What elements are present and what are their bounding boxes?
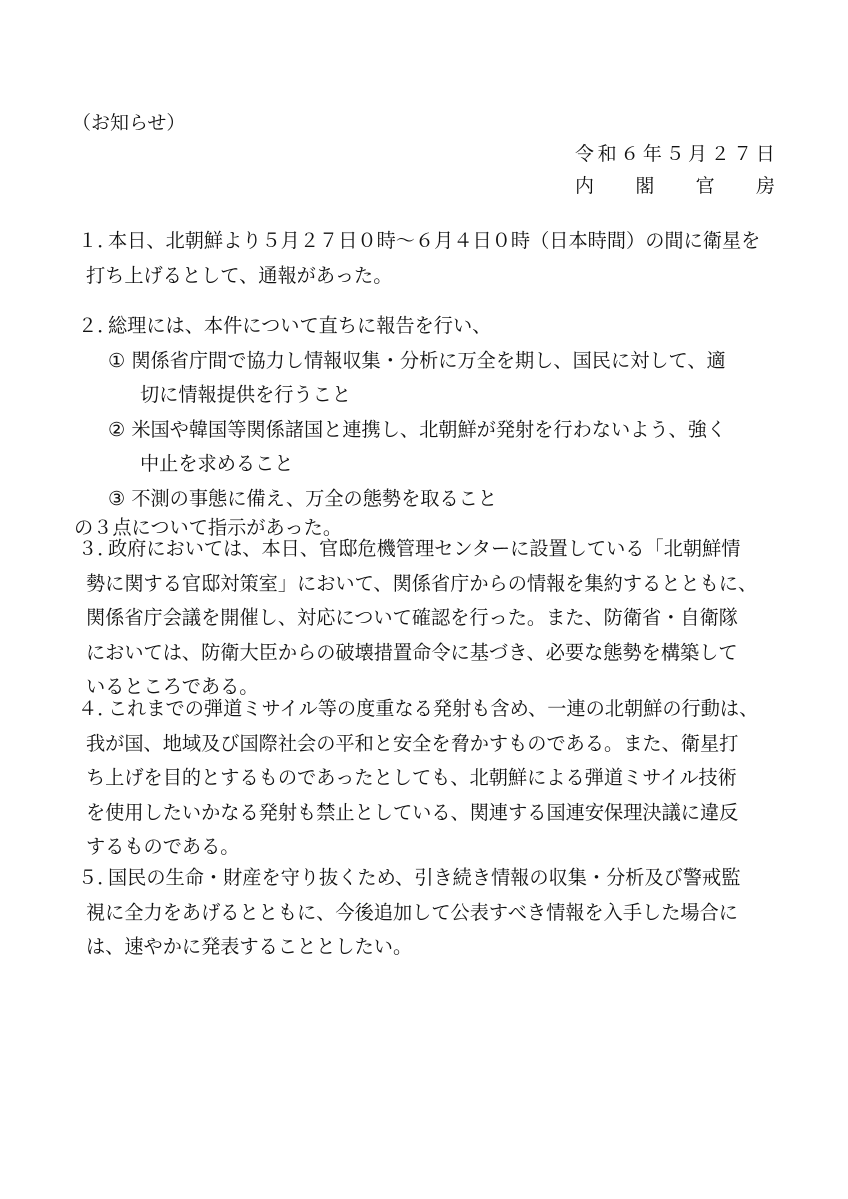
sub-item-3: ③ 不測の事態に備え、万全の態勢を取ること [78,482,798,517]
item-number: １． [78,224,108,259]
item-text: 本日、北朝鮮より５月２７日０時～６月４日０時（日本時間）の間に衛星を [108,229,760,252]
item-text: 打ち上げるとして、通報があった。 [78,259,798,294]
issuer-char: 閣 [635,170,654,202]
item-text: これまでの弾道ミサイル等の度重なる発射も含め、一連の北朝鮮の行動は、 [108,697,758,720]
sub-item-marker: ① [108,349,125,372]
sub-item-2: ② 米国や韓国等関係諸国と連携し、北朝鮮が発射を行わないよう、強く [78,413,798,448]
notice-label: （お知らせ） [72,108,185,135]
date-char: 年 [643,138,662,170]
item-1: １．本日、北朝鮮より５月２７日０時～６月４日０時（日本時間）の間に衛星を 打ち上… [78,224,798,293]
item-text: においては、防衛大臣からの破壊措置命令に基づき、必要な態勢を構築して [78,636,798,671]
date-char: 月 [688,138,707,170]
item-number: ２． [78,309,108,344]
date-char: 日 [756,138,775,170]
item-text: 国民の生命・財産を守り抜くため、引き続き情報の収集・分析及び警戒監 [108,866,740,889]
issuer: 内 閣 官 房 [575,170,775,202]
date-char: ２ [711,138,730,170]
item-text: 政府においては、本日、官邸危機管理センターに設置している「北朝鮮情 [108,537,740,560]
sub-item-text: 米国や韓国等関係諸国と連携し、北朝鮮が発射を行わないよう、強く [131,418,726,441]
sub-item-text: 切に情報提供を行うこと [78,378,798,413]
item-intro: 総理には、本件について直ちに報告を行い、 [108,314,491,337]
sub-item-text: 関係省庁間で協力し情報収集・分析に万全を期し、国民に対して、適 [131,349,725,372]
issuer-char: 房 [756,170,775,202]
date-char: 和 [598,138,617,170]
item-text: するものである。 [78,830,798,865]
issuer-char: 内 [575,170,594,202]
date-char: ７ [733,138,752,170]
sub-item-1: ① 関係省庁間で協力し情報収集・分析に万全を期し、国民に対して、適 [78,344,798,379]
item-text: 関係省庁会議を開催し、対応について確認を行った。また、防衛省・自衛隊 [78,601,798,636]
item-text: ち上げを目的とするものであったとしても、北朝鮮による弾道ミサイル技術 [78,761,798,796]
item-5: ５．国民の生命・財産を守り抜くため、引き続き情報の収集・分析及び警戒監 視に全力… [78,861,798,965]
item-number: ４． [78,692,108,727]
document-page: （お知らせ） 令 和 ６ 年 ５ 月 ２ ７ 日 内 閣 官 房 １．本日、北朝… [0,0,848,1199]
item-text: は、速やかに発表することとしたい。 [78,930,798,965]
sub-item-text: 中止を求めること [78,447,798,482]
issuer-char: 官 [696,170,715,202]
sub-item-marker: ② [108,418,125,441]
item-text: を使用したいかなる発射も禁止としている、関連する国連安保理決議に違反 [78,796,798,831]
item-2: ２．総理には、本件について直ちに報告を行い、 ① 関係省庁間で協力し情報収集・分… [78,309,798,544]
sub-item-marker: ③ [108,487,125,510]
sub-item-text: 不測の事態に備え、万全の態勢を取ること [131,487,497,510]
date-char: ６ [620,138,639,170]
item-4: ４．これまでの弾道ミサイル等の度重なる発射も含め、一連の北朝鮮の行動は、 我が国… [78,692,798,865]
date-char: 令 [575,138,594,170]
item-text: 視に全力をあげるとともに、今後追加して公表すべき情報を入手した場合に [78,896,798,931]
date-char: ５ [665,138,684,170]
item-number: ５． [78,861,108,896]
item-text: 勢に関する官邸対策室」において、関係省庁からの情報を集約するとともに、 [78,567,798,602]
issue-date: 令 和 ６ 年 ５ 月 ２ ７ 日 [575,138,775,170]
item-number: ３． [78,532,108,567]
item-text: 我が国、地域及び国際社会の平和と安全を脅かすものである。また、衛星打 [78,727,798,762]
item-3: ３．政府においては、本日、官邸危機管理センターに設置している「北朝鮮情 勢に関す… [78,532,798,705]
document-header: 令 和 ６ 年 ５ 月 ２ ７ 日 内 閣 官 房 [575,138,775,202]
